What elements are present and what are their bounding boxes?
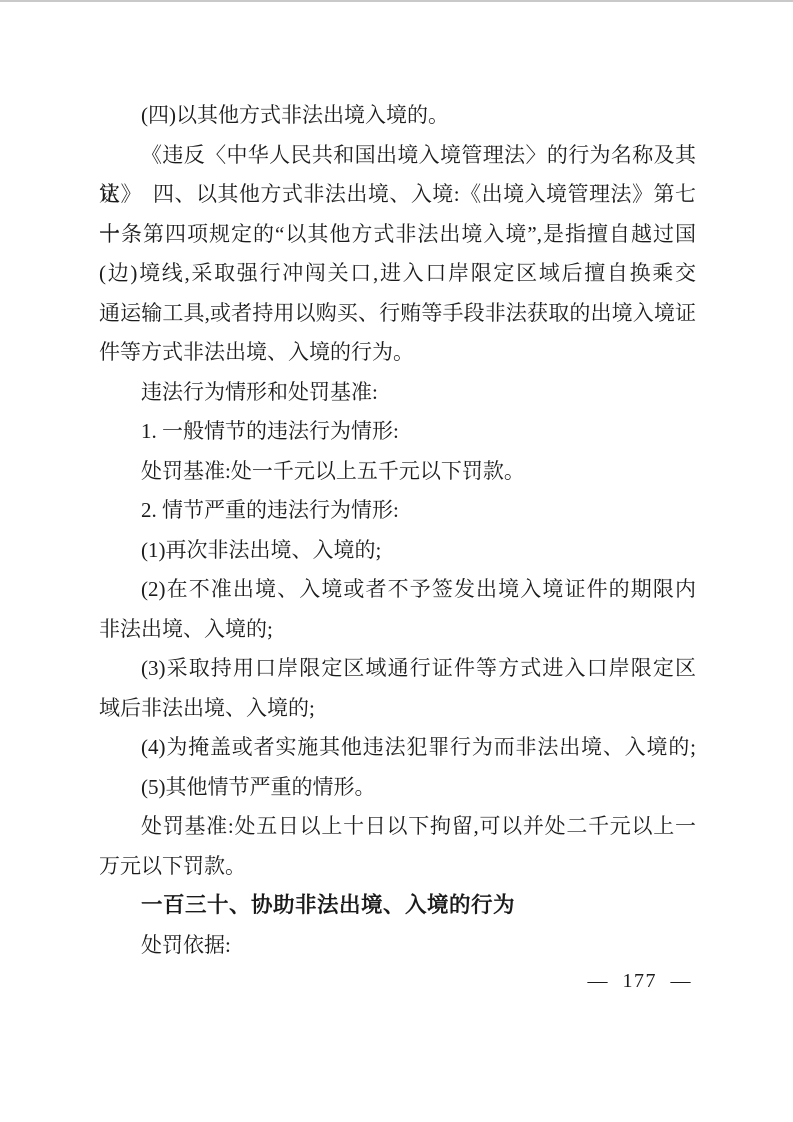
text-line: 非法出境、入境的;: [99, 610, 696, 650]
text-line: (四)以其他方式非法出境入境的。: [99, 96, 696, 136]
scan-edge-artifact: [0, 0, 793, 2]
page-number: — 177 —: [588, 966, 693, 996]
text-line: 违法行为情形和处罚基准:: [99, 373, 696, 413]
text-line: 处罚依据:: [99, 926, 696, 966]
document-page: (四)以其他方式非法出境入境的。《违反〈中华人民共和国出境入境管理法〉的行为名称…: [0, 0, 793, 1122]
text-line: 域后非法出境、入境的;: [99, 689, 696, 729]
section-heading: 一百三十、协助非法出境、入境的行为: [99, 886, 696, 926]
text-line: 2. 情节严重的违法行为情形:: [99, 491, 696, 531]
text-line: 处罚基准:处五日以上十日以下拘留,可以并处二千元以上一: [99, 807, 696, 847]
text-line: (2)在不准出境、入境或者不予签发出境入境证件的期限内: [99, 570, 696, 610]
text-line: (4)为掩盖或者实施其他违法犯罪行为而非法出境、入境的;: [99, 728, 696, 768]
text-line: 通运输工具,或者持用以购买、行贿等手段非法获取的出境入境证: [99, 294, 696, 334]
text-line: 件等方式非法出境、入境的行为。: [99, 333, 696, 373]
text-line: 万元以下罚款。: [99, 847, 696, 887]
text-line: (边)境线,采取强行冲闯关口,进入口岸限定区域后擅自换乘交: [99, 254, 696, 294]
text-line: (5)其他情节严重的情形。: [99, 768, 696, 808]
text-line: 1. 一般情节的违法行为情形:: [99, 412, 696, 452]
text-line: (3)采取持用口岸限定区域通行证件等方式进入口岸限定区: [99, 649, 696, 689]
text-line: (1)再次非法出境、入境的;: [99, 531, 696, 571]
text-line: 处罚基准:处一千元以上五千元以下罚款。: [99, 452, 696, 492]
text-block: (四)以其他方式非法出境入境的。《违反〈中华人民共和国出境入境管理法〉的行为名称…: [99, 96, 696, 965]
text-line: 定》 四、以其他方式非法出境、入境:《出境入境管理法》第七十: [99, 175, 696, 215]
text-line: 一条第四项规定的“以其他方式非法出境入境”,是指擅自越过国: [99, 215, 696, 255]
text-line: 《违反〈中华人民共和国出境入境管理法〉的行为名称及其认: [99, 136, 696, 176]
